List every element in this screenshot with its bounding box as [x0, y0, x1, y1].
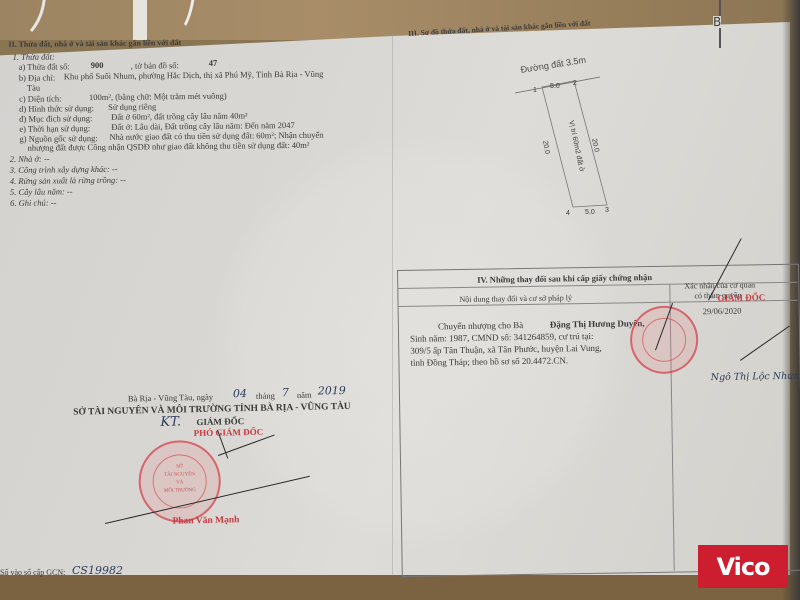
stamp-text: TÀI NGUYÊN — [141, 472, 219, 479]
place-date-prefix: Bà Rịa - Vũng Tàu, ngày — [128, 393, 213, 403]
changes-table: IV. Những thay đổi sau khi cấp giấy chứn… — [397, 264, 800, 575]
confirm-date: 29/06/2020 — [703, 307, 742, 316]
signing-block: Bà Rịa - Vũng Tàu, ngày 04 tháng 7 năm 2… — [0, 0, 399, 600]
issue-number-label: Số vào sổ cấp GCN: — [0, 569, 65, 577]
confirm-title: GIÁM ĐỐC — [717, 293, 765, 303]
confirm-signer: Ngô Thị Lộc Nhung — [711, 372, 800, 383]
north-arrow: B — [715, 0, 725, 48]
edge-top: 5.0 — [550, 83, 560, 90]
stamp-text: VÀ — [141, 480, 219, 487]
year-label: năm — [297, 391, 312, 400]
corner-1: 1 — [533, 87, 537, 94]
corner-3: 3 — [605, 207, 609, 214]
change-transferee-name: Đặng Thị Hương Duyên, — [550, 319, 645, 329]
stamp-text: MÔI TRƯỜNG — [141, 488, 219, 495]
corner-4: 4 — [566, 210, 570, 217]
confirmation-header-line1: Xác nhận của cơ quan — [684, 281, 755, 290]
stamp-text: SỞ — [140, 464, 218, 471]
edge-bottom: 5.0 — [585, 209, 595, 216]
issue-number-value: CS19982 — [72, 565, 123, 576]
sign-day: 04 — [233, 388, 247, 399]
corner-2: 2 — [573, 80, 577, 87]
brand-logo: Vico — [698, 545, 788, 588]
signer-name: Phan Văn Mạnh — [172, 516, 239, 527]
sign-year: 2019 — [318, 385, 346, 397]
official-stamp: SỞ TÀI NGUYÊN VÀ MÔI TRƯỜNG — [138, 440, 222, 524]
month-label: tháng — [256, 391, 275, 400]
north-marker-label: B — [713, 16, 721, 28]
brand-logo-text: Vico — [716, 553, 769, 581]
deputy-director-title: PHÓ GIÁM ĐỐC — [194, 428, 264, 438]
director-title: GIÁM ĐỐC — [196, 417, 244, 427]
parcel-diagram — [500, 65, 640, 225]
signer-prefix: KT. — [160, 415, 181, 428]
sign-month: 7 — [282, 387, 289, 398]
change-transfer-prefix: Chuyển nhượng cho Bà — [438, 321, 524, 331]
